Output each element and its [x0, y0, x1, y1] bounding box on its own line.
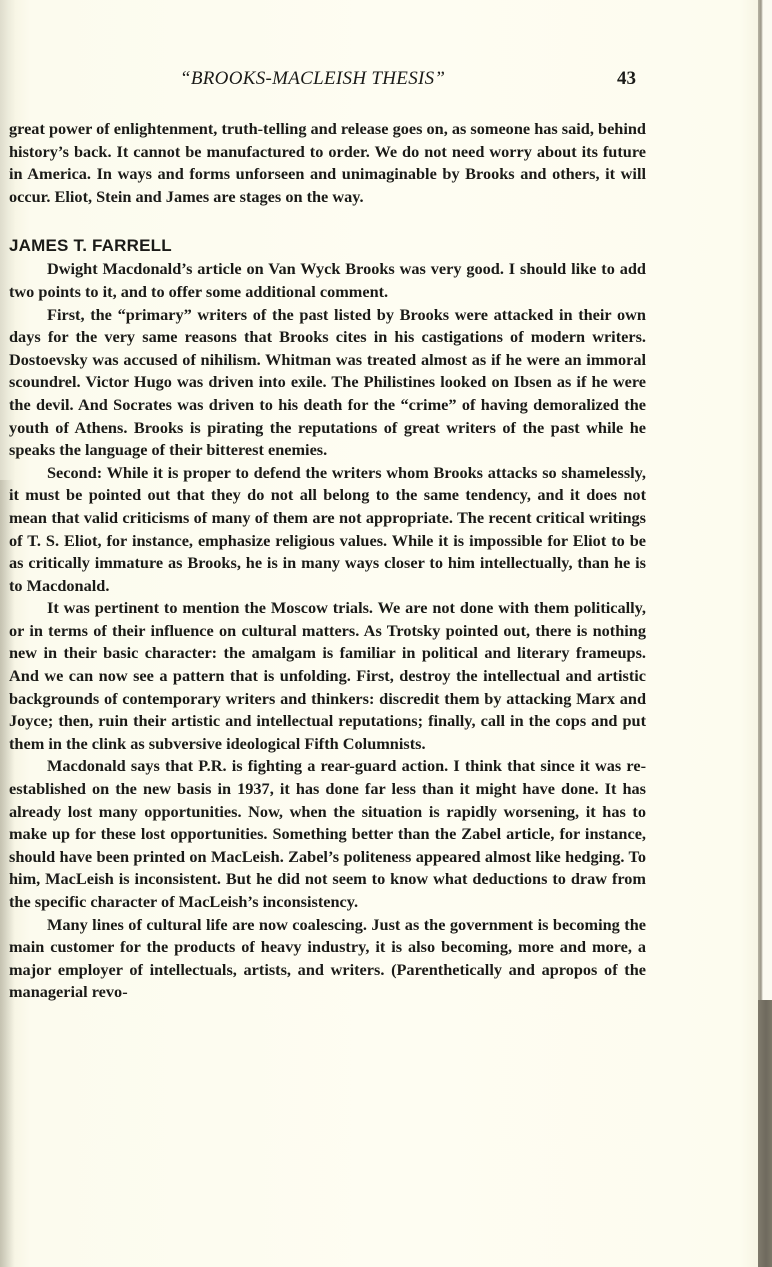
running-head: “BROOKS-MACLEISH THESIS” 43 [0, 68, 772, 94]
paragraph: Dwight Macdonald’s article on Van Wyck B… [9, 258, 646, 303]
page-edge-shadow [758, 1000, 772, 1267]
body-text: great power of enlightenment, truth-tell… [9, 118, 646, 1004]
paragraph: Second: While it is proper to defend the… [9, 462, 646, 598]
opening-paragraph: great power of enlightenment, truth-tell… [9, 118, 646, 208]
book-page: “BROOKS-MACLEISH THESIS” 43 great power … [0, 0, 758, 1267]
running-title: “BROOKS-MACLEISH THESIS” [180, 68, 445, 90]
paragraph: Macdonald says that P.R. is fighting a r… [9, 755, 646, 913]
page-number: 43 [617, 68, 636, 90]
paragraph: Many lines of cultural life are now coal… [9, 914, 646, 1004]
paragraph: It was pertinent to mention the Moscow t… [9, 597, 646, 755]
paragraph: First, the “primary” writers of the past… [9, 304, 646, 462]
author-heading: JAMES T. FARRELL [9, 234, 646, 258]
